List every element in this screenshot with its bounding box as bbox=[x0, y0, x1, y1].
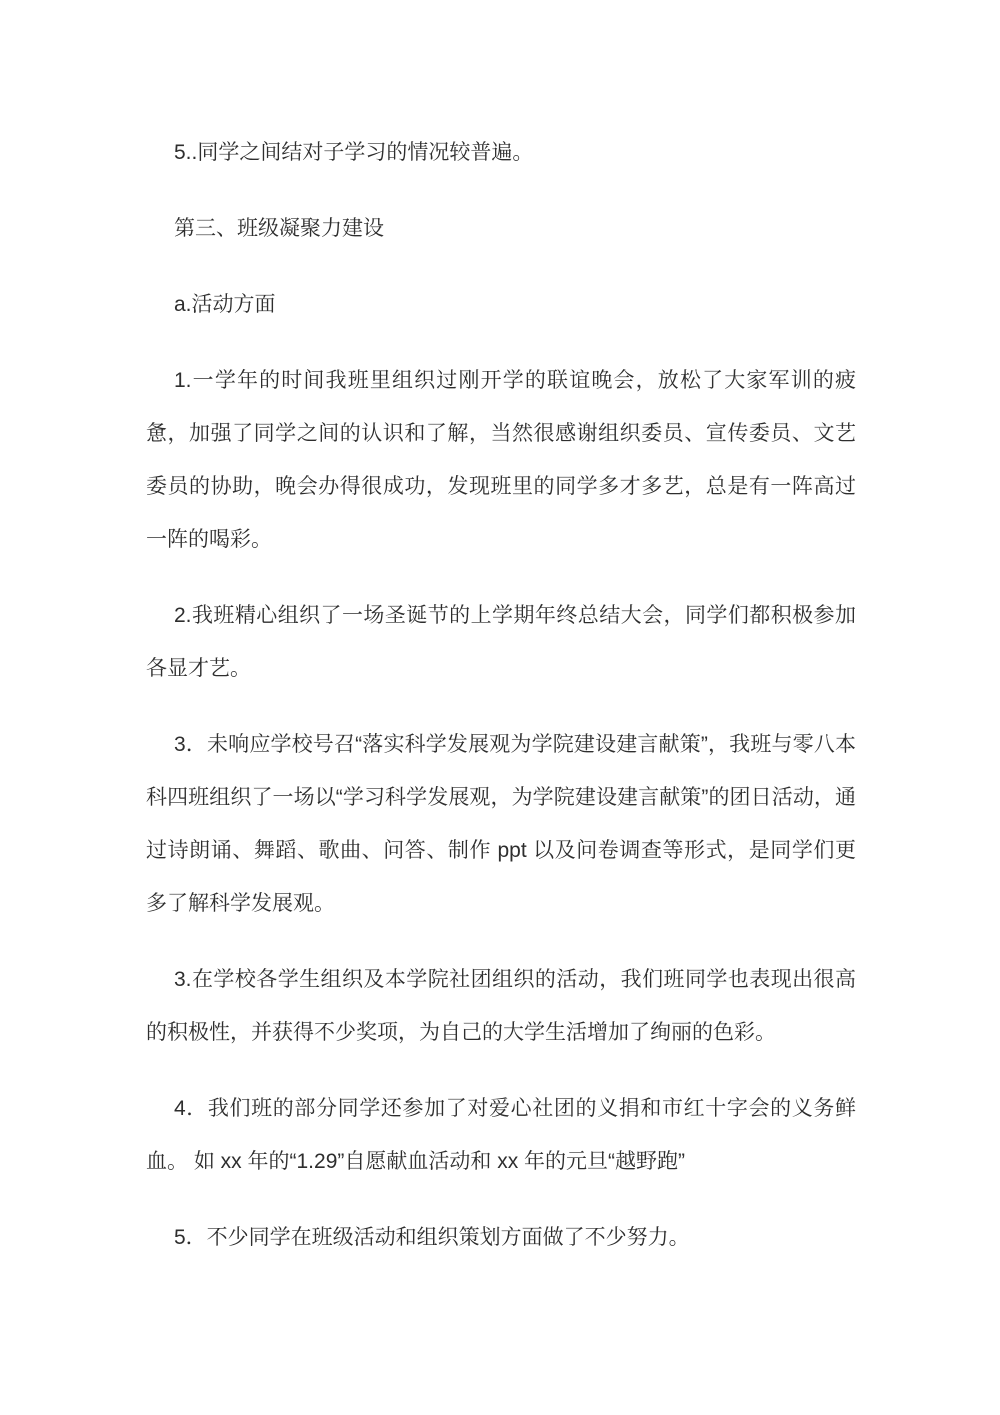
paragraph-pairing-study: 5..同学之间结对子学习的情况较普遍。 bbox=[146, 126, 856, 179]
paragraph-theme-day-activity: 3．未响应学校号召“落实科学发展观为学院建设建言献策”，我班与零八本科四班组织了… bbox=[146, 718, 856, 930]
section-heading-cohesion: 第三、班级凝聚力建设 bbox=[146, 202, 856, 255]
paragraph-welcome-party: 1.一学年的时间我班里组织过刚开学的联谊晚会，放松了大家军训的疲惫，加强了同学之… bbox=[146, 354, 856, 566]
subsection-heading-activities: a.活动方面 bbox=[146, 278, 856, 331]
paragraph-activity-planning: 5．不少同学在班级活动和组织策划方面做了不少努力。 bbox=[146, 1211, 856, 1264]
paragraph-student-organizations: 3.在学校各学生组织及本学院社团组织的活动，我们班同学也表现出很高的积极性，并获… bbox=[146, 953, 856, 1059]
paragraph-christmas-summary: 2.我班精心组织了一场圣诞节的上学期年终总结大会，同学们都积极参加各显才艺。 bbox=[146, 589, 856, 695]
paragraph-charity-blood-donation: 4．我们班的部分同学还参加了对爱心社团的义捐和市红十字会的义务鲜血。 如 xx … bbox=[146, 1082, 856, 1188]
document-page: 5..同学之间结对子学习的情况较普遍。 第三、班级凝聚力建设 a.活动方面 1.… bbox=[0, 0, 1000, 1415]
